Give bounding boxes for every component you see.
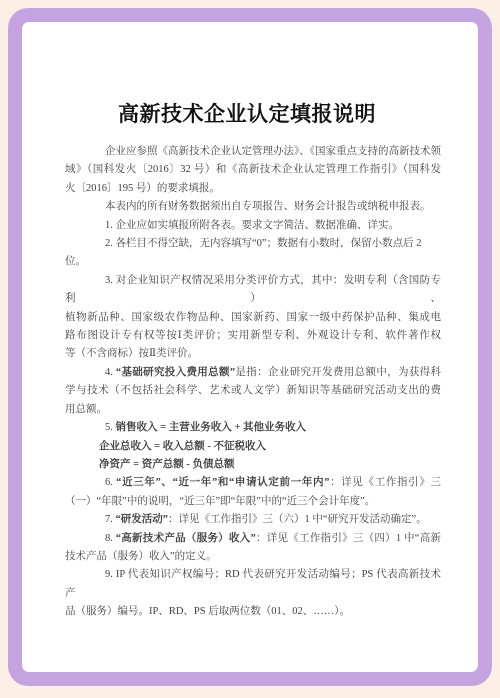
body-text: 用总额。 <box>65 404 107 415</box>
doc-line: 等（不含商标）按Ⅱ类评价。 <box>65 345 441 363</box>
doc-line: 域》（国科发火〔2016〕32 号）和《高新技术企业认定管理工作指引》（国科发 <box>65 161 441 179</box>
body-text: ：详见《工作指引》三（六）1 中“研究开发活动确定”。 <box>168 514 427 525</box>
doc-line: 7. “研发活动”：详见《工作指引》三（六）1 中“研究开发活动确定”。 <box>65 511 441 529</box>
page-title: 高新技术企业认定填报说明 <box>65 100 429 130</box>
body-text: 域》（国科发火〔2016〕32 号）和《高新技术企业认定管理工作指引》（国科发 <box>65 164 441 175</box>
body-text: 4. <box>105 367 116 378</box>
body-text: 8. <box>105 533 116 544</box>
emphasis-text: “高新技术产品（服务）收入” <box>116 533 256 544</box>
doc-line: 净资产 = 资产总额 - 负债总额 <box>65 456 441 474</box>
body-text: 火〔2016〕195 号）的要求填报。 <box>65 183 220 194</box>
body-text: 植物新品种、国家级农作物品种、国家新药、国家一级中药保护品种、集成电 <box>65 312 441 323</box>
emphasis-text: 企业总收入 = 收入总额 - 不征税收入 <box>99 441 266 452</box>
body-text: ：详见《工作指引》三 <box>329 477 441 488</box>
doc-line: 火〔2016〕195 号）的要求填报。 <box>65 180 441 198</box>
doc-line: 路布图设计专有权等按Ⅰ类评价；实用新型专利、外观设计专利、软件著作权 <box>65 327 441 345</box>
body-text: （一）“年限”中的说明，“近三年”即“年限”中的“近三个会计年度”。 <box>65 496 375 507</box>
doc-line: 植物新品种、国家级农作物品种、国家新药、国家一级中药保护品种、集成电 <box>65 309 441 327</box>
body-text: 品（服务）编号。IP、RD、PS 后取两位数（01、02、……）。 <box>65 606 350 617</box>
doc-line: 5. 销售收入 = 主营业务收入 + 其他业务收入 <box>65 419 441 437</box>
body-text: 路布图设计专有权等按Ⅰ类评价；实用新型专利、外观设计专利、软件著作权 <box>65 330 441 341</box>
doc-line: 4. “基础研究投入费用总额”是指：企业研究开发费用总额中，为获得科 <box>65 364 441 382</box>
body-text: 2. 各栏目不得空缺，无内容填写“0”；数据有小数时，保留小数点后 2 位。 <box>65 238 421 267</box>
body-text: 学与技术（不包括社会科学、艺术或人文学）新知识等基础研究活动支出的费 <box>65 385 441 396</box>
body-text: 企业应参照《高新技术企业认定管理办法》、《国家重点支持的高新技术领 <box>105 146 441 157</box>
doc-line: 1. 企业应如实填报所附各表。要求文字简洁、数据准确、详实。 <box>65 217 441 235</box>
doc-line: 8. “高新技术产品（服务）收入”：详见《工作指引》三（四）1 中“高新 <box>65 530 441 548</box>
body-text: 本表内的所有财务数据须出自专项报告、财务会计报告或纳税申报表。 <box>105 201 431 212</box>
doc-body: 企业应参照《高新技术企业认定管理办法》、《国家重点支持的高新技术领域》（国科发火… <box>65 143 441 622</box>
body-text: 等（不含商标）按Ⅱ类评价。 <box>65 348 198 359</box>
decorative-frame: 高新技术企业认定填报说明 企业应参照《高新技术企业认定管理办法》、《国家重点支持… <box>8 8 492 686</box>
emphasis-text: 销售收入 = 主营业务收入 + 其他业务收入 <box>116 422 306 433</box>
body-text: 7. <box>105 514 116 525</box>
doc-line: 6. “近三年”、“近一年”和“申请认定前一年内”：详见《工作指引》三 <box>65 474 441 492</box>
doc-line: 技术产品（服务）收入”的定义。 <box>65 548 441 566</box>
doc-line: 用总额。 <box>65 401 441 419</box>
body-text: 6. <box>105 477 116 488</box>
doc-line: 2. 各栏目不得空缺，无内容填写“0”；数据有小数时，保留小数点后 2 位。 <box>65 235 441 272</box>
doc-line: 学与技术（不包括社会科学、艺术或人文学）新知识等基础研究活动支出的费 <box>65 382 441 400</box>
body-text: 5. <box>105 422 116 433</box>
body-text: 9. IP 代表知识产权编号；RD 代表研究开发活动编号；PS 代表高新技术产 <box>65 569 441 598</box>
doc-line: 企业总收入 = 收入总额 - 不征税收入 <box>65 438 441 456</box>
document-canvas: 高新技术企业认定填报说明 企业应参照《高新技术企业认定管理办法》、《国家重点支持… <box>0 0 500 698</box>
emphasis-text: “近三年”、“近一年”和“申请认定前一年内” <box>116 477 329 488</box>
doc-line: 品（服务）编号。IP、RD、PS 后取两位数（01、02、……）。 <box>65 603 441 621</box>
doc-line: 9. IP 代表知识产权编号；RD 代表研究开发活动编号；PS 代表高新技术产 <box>65 566 441 603</box>
doc-line: 本表内的所有财务数据须出自专项报告、财务会计报告或纳税申报表。 <box>65 198 441 216</box>
emphasis-text: “研发活动” <box>116 514 169 525</box>
body-text: 3. 对企业知识产权情况采用分类评价方式，其中：发明专利（含国防专利）、 <box>65 275 441 304</box>
doc-line: 3. 对企业知识产权情况采用分类评价方式，其中：发明专利（含国防专利）、 <box>65 272 441 309</box>
doc-line: （一）“年限”中的说明，“近三年”即“年限”中的“近三个会计年度”。 <box>65 493 441 511</box>
emphasis-text: 净资产 = 资产总额 - 负债总额 <box>99 459 234 470</box>
document-page: 高新技术企业认定填报说明 企业应参照《高新技术企业认定管理办法》、《国家重点支持… <box>22 22 478 672</box>
body-text: 是指：企业研究开发费用总额中，为获得科 <box>235 367 441 378</box>
body-text: 技术产品（服务）收入”的定义。 <box>65 551 217 562</box>
body-text: ：详见《工作指引》三（四）1 中“高新 <box>256 533 441 544</box>
emphasis-text: “基础研究投入费用总额” <box>116 367 235 378</box>
body-text: 1. 企业应如实填报所附各表。要求文字简洁、数据准确、详实。 <box>105 220 399 231</box>
doc-line: 企业应参照《高新技术企业认定管理办法》、《国家重点支持的高新技术领 <box>65 143 441 161</box>
